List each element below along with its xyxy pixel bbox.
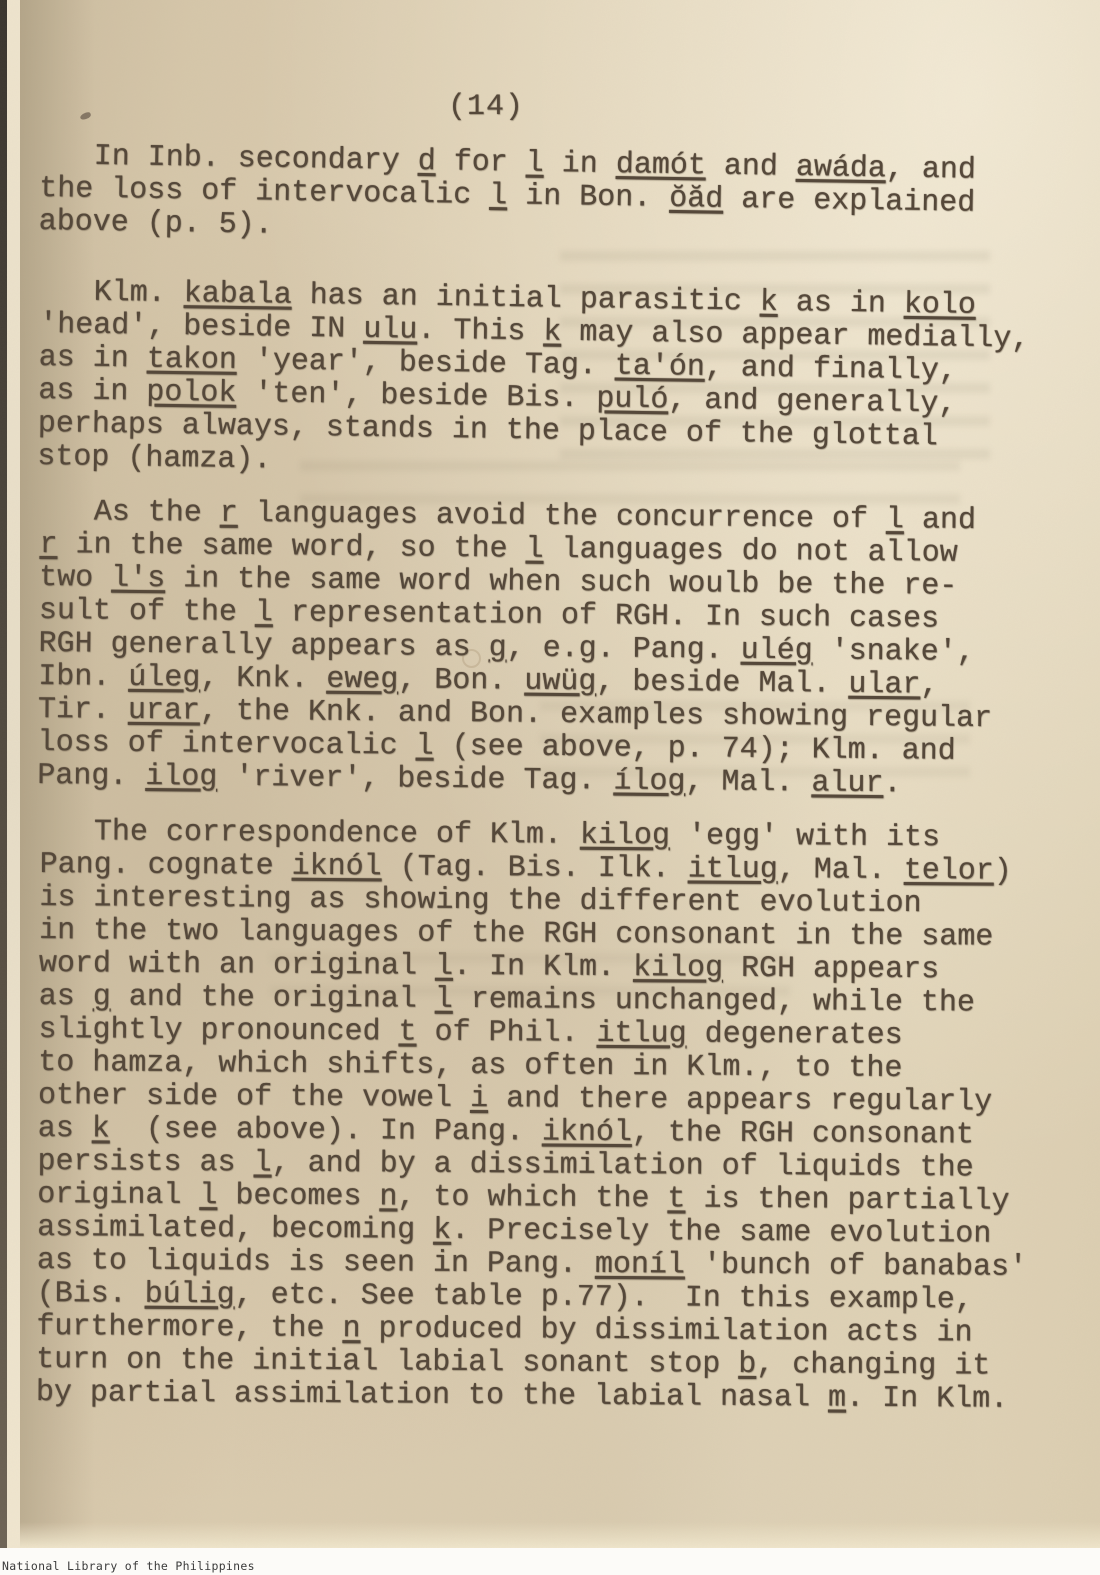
footer-bar: National Library of the Philippines <box>0 1548 1100 1575</box>
paragraph: The correspondence of Klm. kilog 'egg' w… <box>36 816 1055 1417</box>
paragraph: In Inb. secondary d for l in damót and a… <box>38 140 1054 255</box>
typewritten-text-layer: (14) In Inb. secondary d for l in damót … <box>0 0 1100 1548</box>
paper-scan: (14) In Inb. secondary d for l in damót … <box>0 0 1100 1548</box>
text-line: by partial assimilation to the labial na… <box>36 1377 1051 1417</box>
text-line: Pang. ilog 'river', beside Tag. ílog, Ma… <box>37 760 1052 803</box>
footer-label: National Library of the Philippines <box>0 1560 255 1575</box>
scanned-book-page: (14) In Inb. secondary d for l in damót … <box>0 0 1100 1575</box>
paragraph: As the r languages avoid the concurrence… <box>37 496 1055 803</box>
page-number: (14) <box>448 90 524 124</box>
paragraph: Klm. kabala has an initial parasitic k a… <box>37 276 1055 489</box>
